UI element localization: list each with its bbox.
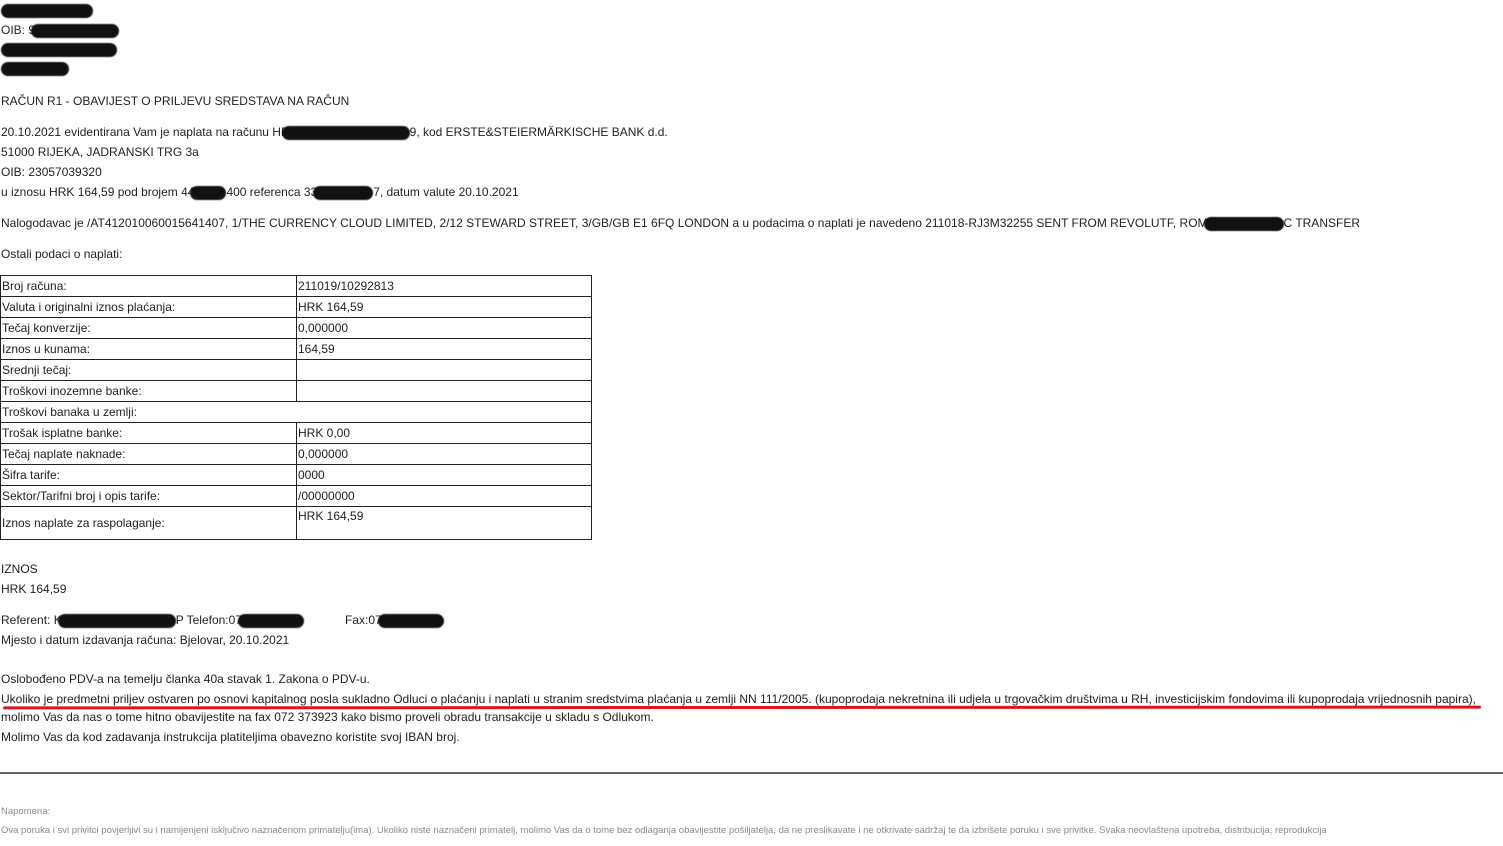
notice-line-account: 20.10.2021 evidentirana Vam je naplata n…	[1, 124, 668, 140]
row-value: 0,000000	[297, 318, 592, 339]
notice-text: 9, kod ERSTE&STEIERMÄRKISCHE BANK d.d.	[410, 125, 668, 139]
row-value: HRK 164,59	[297, 297, 592, 318]
redaction-mark	[31, 24, 119, 38]
table-row: Valuta i originalni iznos plaćanja:HRK 1…	[1, 297, 592, 318]
row-label: Sektor/Tarifni broj i opis tarife:	[1, 486, 297, 507]
row-value: HRK 164,59	[297, 507, 592, 540]
referent-text: P Telefon:07	[176, 613, 242, 627]
capital-transaction-note: Ukoliko je predmetni priljev ostvaren po…	[1, 691, 1476, 707]
redaction-mark	[190, 186, 226, 200]
table-row: Iznos naplate za raspolaganje:HRK 164,59	[1, 507, 592, 540]
redaction-mark	[1, 43, 117, 57]
fax-text: Fax:07	[345, 613, 382, 627]
notice-line-amount: u iznosu HRK 164,59 pod brojem 44400 ref…	[1, 184, 519, 200]
footer-divider	[0, 772, 1503, 774]
footer-label: Napomena:	[1, 806, 50, 817]
fax-contact: Fax:07	[345, 612, 444, 628]
recipient-address	[1, 41, 117, 57]
document-title: RAČUN R1 - OBAVIJEST O PRILJEVU SREDSTAV…	[1, 93, 349, 109]
row-label: Iznos u kunama:	[1, 339, 297, 360]
table-row: Broj računa:211019/10292813	[1, 276, 592, 297]
row-label: Troškovi inozemne banke:	[1, 381, 297, 402]
row-value	[297, 381, 592, 402]
recipient-name	[1, 2, 93, 18]
notice-line-bank-oib: OIB: 23057039320	[1, 164, 102, 180]
issue-place-date: Mjesto i datum izdavanja računa: Bjelova…	[1, 632, 289, 648]
table-row: Trošak isplatne banke:HRK 0,00	[1, 423, 592, 444]
row-value: /00000000	[297, 486, 592, 507]
row-label: Trošak isplatne banke:	[1, 423, 297, 444]
row-label: Srednji tečaj:	[1, 360, 297, 381]
redaction-mark	[58, 614, 176, 628]
footer-disclaimer: Ova poruka i svi privitci povjerljivi su…	[1, 825, 1327, 836]
redaction-mark	[1204, 217, 1284, 231]
redaction-mark	[1, 4, 93, 18]
amount-value: HRK 164,59	[1, 581, 66, 597]
capital-transaction-note-cont: molimo Vas da nas o tome hitno obavijest…	[1, 709, 654, 725]
row-label: Tečaj konverzije:	[1, 318, 297, 339]
table-row: Srednji tečaj:	[1, 360, 592, 381]
referent-text: Referent: K	[1, 613, 62, 627]
notice-text: 400 referenca 33	[226, 185, 317, 199]
row-label: Broj računa:	[1, 276, 297, 297]
redaction-mark	[313, 186, 373, 200]
row-label: Tečaj naplate naknade:	[1, 444, 297, 465]
row-label: Valuta i originalni iznos plaćanja:	[1, 297, 297, 318]
recipient-oib-label: OIB: 9	[1, 23, 35, 37]
payment-details-table: Broj računa:211019/10292813Valuta i orig…	[0, 275, 592, 540]
redaction-mark	[282, 126, 410, 140]
recipient-oib: OIB: 9	[1, 22, 119, 38]
row-value: 211019/10292813	[297, 276, 592, 297]
other-data-label: Ostali podaci o naplati:	[1, 246, 122, 262]
redaction-mark	[378, 614, 444, 628]
notice-line-bank-address: 51000 RIJEKA, JADRANSKI TRG 3a	[1, 144, 199, 160]
redaction-mark	[238, 614, 304, 628]
notice-text: 7, datum valute 20.10.2021	[373, 185, 518, 199]
table-row: Tečaj naplate naknade:0,000000	[1, 444, 592, 465]
row-value	[297, 360, 592, 381]
payer-info: Nalogodavac je /AT412010060015641407, 1/…	[1, 215, 1360, 231]
table-row: Šifra tarife:0000	[1, 465, 592, 486]
vat-note: Oslobođeno PDV-a na temelju članka 40a s…	[1, 671, 370, 687]
iban-note: Molimo Vas da kod zadavanja instrukcija …	[1, 729, 460, 745]
table-row: Sektor/Tarifni broj i opis tarife:/00000…	[1, 486, 592, 507]
table-row: Tečaj konverzije:0,000000	[1, 318, 592, 339]
payer-text: C TRANSFER	[1284, 216, 1360, 230]
row-label: Troškovi banaka u zemlji:	[1, 402, 592, 423]
table-row: Troškovi banaka u zemlji:	[1, 402, 592, 423]
recipient-city	[1, 60, 69, 76]
row-value: 164,59	[297, 339, 592, 360]
table-row: Troškovi inozemne banke:	[1, 381, 592, 402]
row-value: 0000	[297, 465, 592, 486]
row-value: 0,000000	[297, 444, 592, 465]
redaction-mark	[1, 62, 69, 76]
row-label: Iznos naplate za raspolaganje:	[1, 507, 297, 540]
row-value: HRK 0,00	[297, 423, 592, 444]
row-label: Šifra tarife:	[1, 465, 297, 486]
payer-text: Nalogodavac je /AT412010060015641407, 1/…	[1, 216, 1208, 230]
referent-contact: Referent: KP Telefon:07	[1, 612, 304, 628]
table-row: Iznos u kunama:164,59	[1, 339, 592, 360]
notice-text: 20.10.2021 evidentirana Vam je naplata n…	[1, 125, 290, 139]
notice-text: u iznosu HRK 164,59 pod brojem 44	[1, 185, 194, 199]
amount-label: IZNOS	[1, 561, 38, 577]
